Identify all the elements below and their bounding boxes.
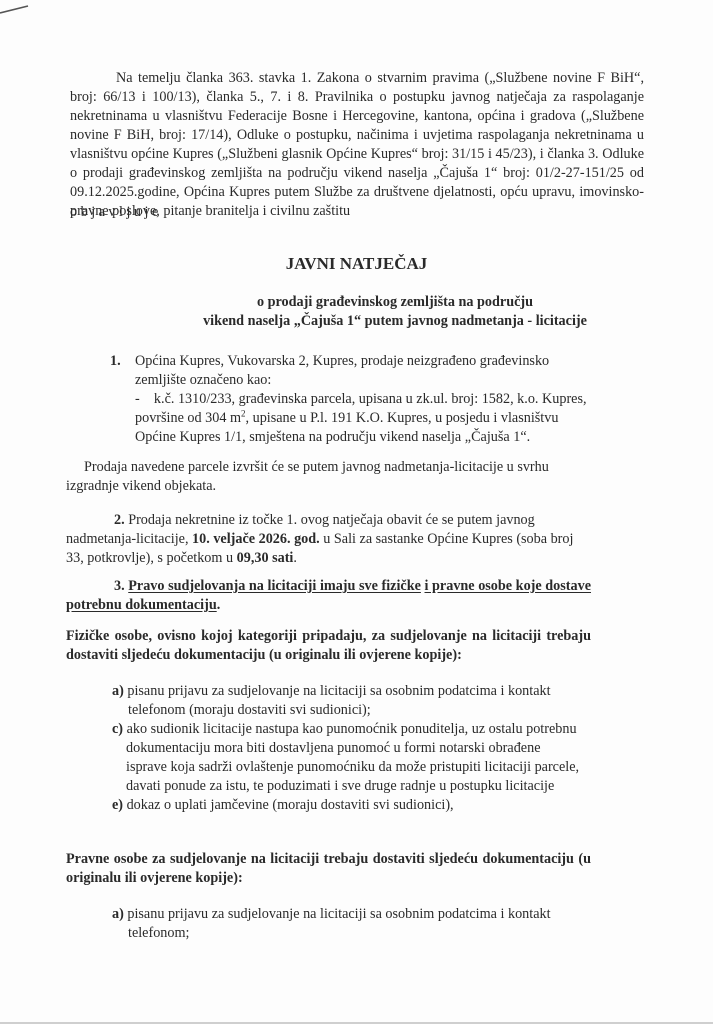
- natural-persons-heading-text: Fizičke osobe, ovisno kojoj kategoriji p…: [66, 628, 591, 663]
- intro-text: Na temelju članka 363. stavka 1. Zakona …: [70, 70, 644, 219]
- item-label: a): [112, 906, 124, 922]
- section-3-paragraph: 3. Pravo sudjelovanja na licitaciji imaj…: [66, 577, 591, 615]
- item-label: e): [112, 797, 123, 813]
- objavljuje-text: objavljuje: [70, 204, 162, 220]
- item-text-continued: telefonom (moraju dostaviti svi sudionic…: [112, 701, 582, 720]
- sale-purpose-text: Prodaja navedene parcele izvršit će se p…: [66, 459, 549, 494]
- item-label: c): [112, 721, 123, 737]
- legal-persons-item-a: a) pisanu prijavu za sudjelovanje na lic…: [112, 905, 582, 943]
- pen-stroke-mark: [0, 4, 30, 14]
- parcel-dash: -: [135, 391, 140, 407]
- natural-persons-item-e: e) dokaz o uplati jamčevine (moraju dost…: [112, 796, 582, 815]
- section-3-number: 3.: [114, 578, 125, 594]
- section-1-text: Općina Kupres, Vukovarska 2, Kupres, pro…: [135, 352, 595, 390]
- intro-paragraph: Na temelju članka 363. stavka 1. Zakona …: [70, 69, 644, 221]
- document-title: JAVNI NATJEČAJ: [0, 253, 713, 275]
- section-1-body: Općina Kupres, Vukovarska 2, Kupres, pro…: [135, 353, 549, 388]
- item-label: a): [112, 683, 124, 699]
- item-text-continued: dokumentaciju mora biti dostavljena puno…: [112, 739, 582, 796]
- section-2-paragraph: 2. Prodaja nekretnine iz točke 1. ovog n…: [66, 511, 586, 568]
- auction-date: 10. veljače 2026. god.: [192, 531, 320, 547]
- title-text: JAVNI NATJEČAJ: [286, 254, 428, 273]
- item-text: pisanu prijavu za sudjelovanje na licita…: [127, 906, 550, 922]
- legal-persons-heading: Pravne osobe za sudjelovanje na licitaci…: [66, 850, 591, 888]
- item-text-continued: telefonom;: [112, 924, 582, 943]
- subtitle-line-2: vikend naselja „Čajuša 1“ putem javnog n…: [60, 312, 713, 331]
- document-page: Na temelju članka 363. stavka 1. Zakona …: [0, 0, 713, 1024]
- section-2-number: 2.: [114, 512, 125, 528]
- section-1-parcel: - k.č. 1310/233, građevinska parcela, up…: [135, 390, 590, 447]
- auction-time: 09,30 sati: [237, 550, 294, 566]
- section-3-underlined-a: Pravo sudjelovanja na licitaciji imaju s…: [128, 578, 421, 594]
- item-text: pisanu prijavu za sudjelovanje na licita…: [127, 683, 550, 699]
- intro-closing-word: objavljuje: [70, 203, 162, 222]
- item-text: ako sudionik licitacije nastupa kao puno…: [127, 721, 577, 737]
- legal-persons-heading-text: Pravne osobe za sudjelovanje na licitaci…: [66, 851, 591, 886]
- section-1-number-text: 1.: [110, 353, 121, 369]
- section-3-end: .: [217, 597, 221, 613]
- subtitle-line-1: o prodaji građevinskog zemljišta na podr…: [60, 293, 713, 312]
- natural-persons-item-a: a) pisanu prijavu za sudjelovanje na lic…: [112, 682, 582, 720]
- document-subtitle: o prodaji građevinskog zemljišta na podr…: [60, 293, 713, 331]
- natural-persons-heading: Fizičke osobe, ovisno kojoj kategoriji p…: [66, 627, 591, 665]
- sale-purpose-paragraph: Prodaja navedene parcele izvršit će se p…: [66, 458, 586, 496]
- natural-persons-item-c: c) ako sudionik licitacije nastupa kao p…: [112, 720, 582, 796]
- section-2-text-c: .: [293, 550, 297, 566]
- section-1-number: 1.: [110, 352, 121, 371]
- item-text: dokaz o uplati jamčevine (moraju dostavi…: [127, 797, 454, 813]
